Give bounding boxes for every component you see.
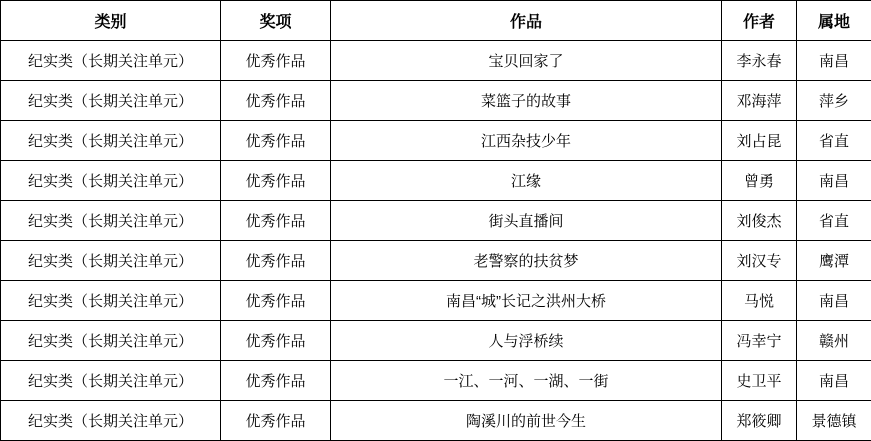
table-row: 纪实类（长期关注单元） 优秀作品 人与浮桥续 冯幸宁 赣州 <box>1 321 871 361</box>
cell-category: 纪实类（长期关注单元） <box>1 281 221 321</box>
cell-award: 优秀作品 <box>221 121 331 161</box>
cell-category: 纪实类（长期关注单元） <box>1 41 221 81</box>
cell-award: 优秀作品 <box>221 41 331 81</box>
cell-award: 优秀作品 <box>221 81 331 121</box>
cell-author: 郑筱卿 <box>722 401 797 441</box>
cell-award: 优秀作品 <box>221 361 331 401</box>
cell-author: 曾勇 <box>722 161 797 201</box>
cell-category: 纪实类（长期关注单元） <box>1 201 221 241</box>
cell-region: 南昌 <box>797 281 871 321</box>
cell-work: 南昌“城”长记之洪州大桥 <box>331 281 722 321</box>
cell-work: 宝贝回家了 <box>331 41 722 81</box>
column-header-award: 奖项 <box>221 1 331 41</box>
cell-work: 老警察的扶贫梦 <box>331 241 722 281</box>
cell-region: 南昌 <box>797 41 871 81</box>
header-row: 类别 奖项 作品 作者 属地 <box>1 1 871 41</box>
cell-region: 南昌 <box>797 361 871 401</box>
cell-author: 刘汉专 <box>722 241 797 281</box>
cell-region: 鹰潭 <box>797 241 871 281</box>
cell-work: 人与浮桥续 <box>331 321 722 361</box>
cell-work: 一江、一河、一湖、一街 <box>331 361 722 401</box>
table-row: 纪实类（长期关注单元） 优秀作品 宝贝回家了 李永春 南昌 <box>1 41 871 81</box>
cell-award: 优秀作品 <box>221 201 331 241</box>
table-row: 纪实类（长期关注单元） 优秀作品 南昌“城”长记之洪州大桥 马悦 南昌 <box>1 281 871 321</box>
table-row: 纪实类（长期关注单元） 优秀作品 老警察的扶贫梦 刘汉专 鹰潭 <box>1 241 871 281</box>
cell-category: 纪实类（长期关注单元） <box>1 321 221 361</box>
table-row: 纪实类（长期关注单元） 优秀作品 陶溪川的前世今生 郑筱卿 景德镇 <box>1 401 871 441</box>
cell-author: 史卫平 <box>722 361 797 401</box>
cell-award: 优秀作品 <box>221 281 331 321</box>
cell-category: 纪实类（长期关注单元） <box>1 241 221 281</box>
cell-work: 江缘 <box>331 161 722 201</box>
table-row: 纪实类（长期关注单元） 优秀作品 江缘 曾勇 南昌 <box>1 161 871 201</box>
cell-author: 刘俊杰 <box>722 201 797 241</box>
cell-award: 优秀作品 <box>221 241 331 281</box>
cell-work: 江西杂技少年 <box>331 121 722 161</box>
column-header-region: 属地 <box>797 1 871 41</box>
cell-region: 赣州 <box>797 321 871 361</box>
cell-category: 纪实类（长期关注单元） <box>1 121 221 161</box>
column-header-category: 类别 <box>1 1 221 41</box>
cell-category: 纪实类（长期关注单元） <box>1 361 221 401</box>
cell-category: 纪实类（长期关注单元） <box>1 401 221 441</box>
table-row: 纪实类（长期关注单元） 优秀作品 菜篮子的故事 邓海萍 萍乡 <box>1 81 871 121</box>
cell-author: 李永春 <box>722 41 797 81</box>
cell-category: 纪实类（长期关注单元） <box>1 161 221 201</box>
cell-author: 冯幸宁 <box>722 321 797 361</box>
cell-region: 省直 <box>797 201 871 241</box>
cell-region: 省直 <box>797 121 871 161</box>
cell-author: 马悦 <box>722 281 797 321</box>
cell-award: 优秀作品 <box>221 321 331 361</box>
cell-region: 景德镇 <box>797 401 871 441</box>
cell-author: 刘占昆 <box>722 121 797 161</box>
table-row: 纪实类（长期关注单元） 优秀作品 一江、一河、一湖、一街 史卫平 南昌 <box>1 361 871 401</box>
cell-work: 陶溪川的前世今生 <box>331 401 722 441</box>
awards-table: 类别 奖项 作品 作者 属地 纪实类（长期关注单元） 优秀作品 宝贝回家了 李永… <box>0 0 871 441</box>
cell-region: 南昌 <box>797 161 871 201</box>
column-header-author: 作者 <box>722 1 797 41</box>
column-header-work: 作品 <box>331 1 722 41</box>
cell-region: 萍乡 <box>797 81 871 121</box>
cell-award: 优秀作品 <box>221 161 331 201</box>
table-row: 纪实类（长期关注单元） 优秀作品 江西杂技少年 刘占昆 省直 <box>1 121 871 161</box>
cell-work: 菜篮子的故事 <box>331 81 722 121</box>
table-row: 纪实类（长期关注单元） 优秀作品 街头直播间 刘俊杰 省直 <box>1 201 871 241</box>
cell-author: 邓海萍 <box>722 81 797 121</box>
cell-award: 优秀作品 <box>221 401 331 441</box>
cell-category: 纪实类（长期关注单元） <box>1 81 221 121</box>
cell-work: 街头直播间 <box>331 201 722 241</box>
